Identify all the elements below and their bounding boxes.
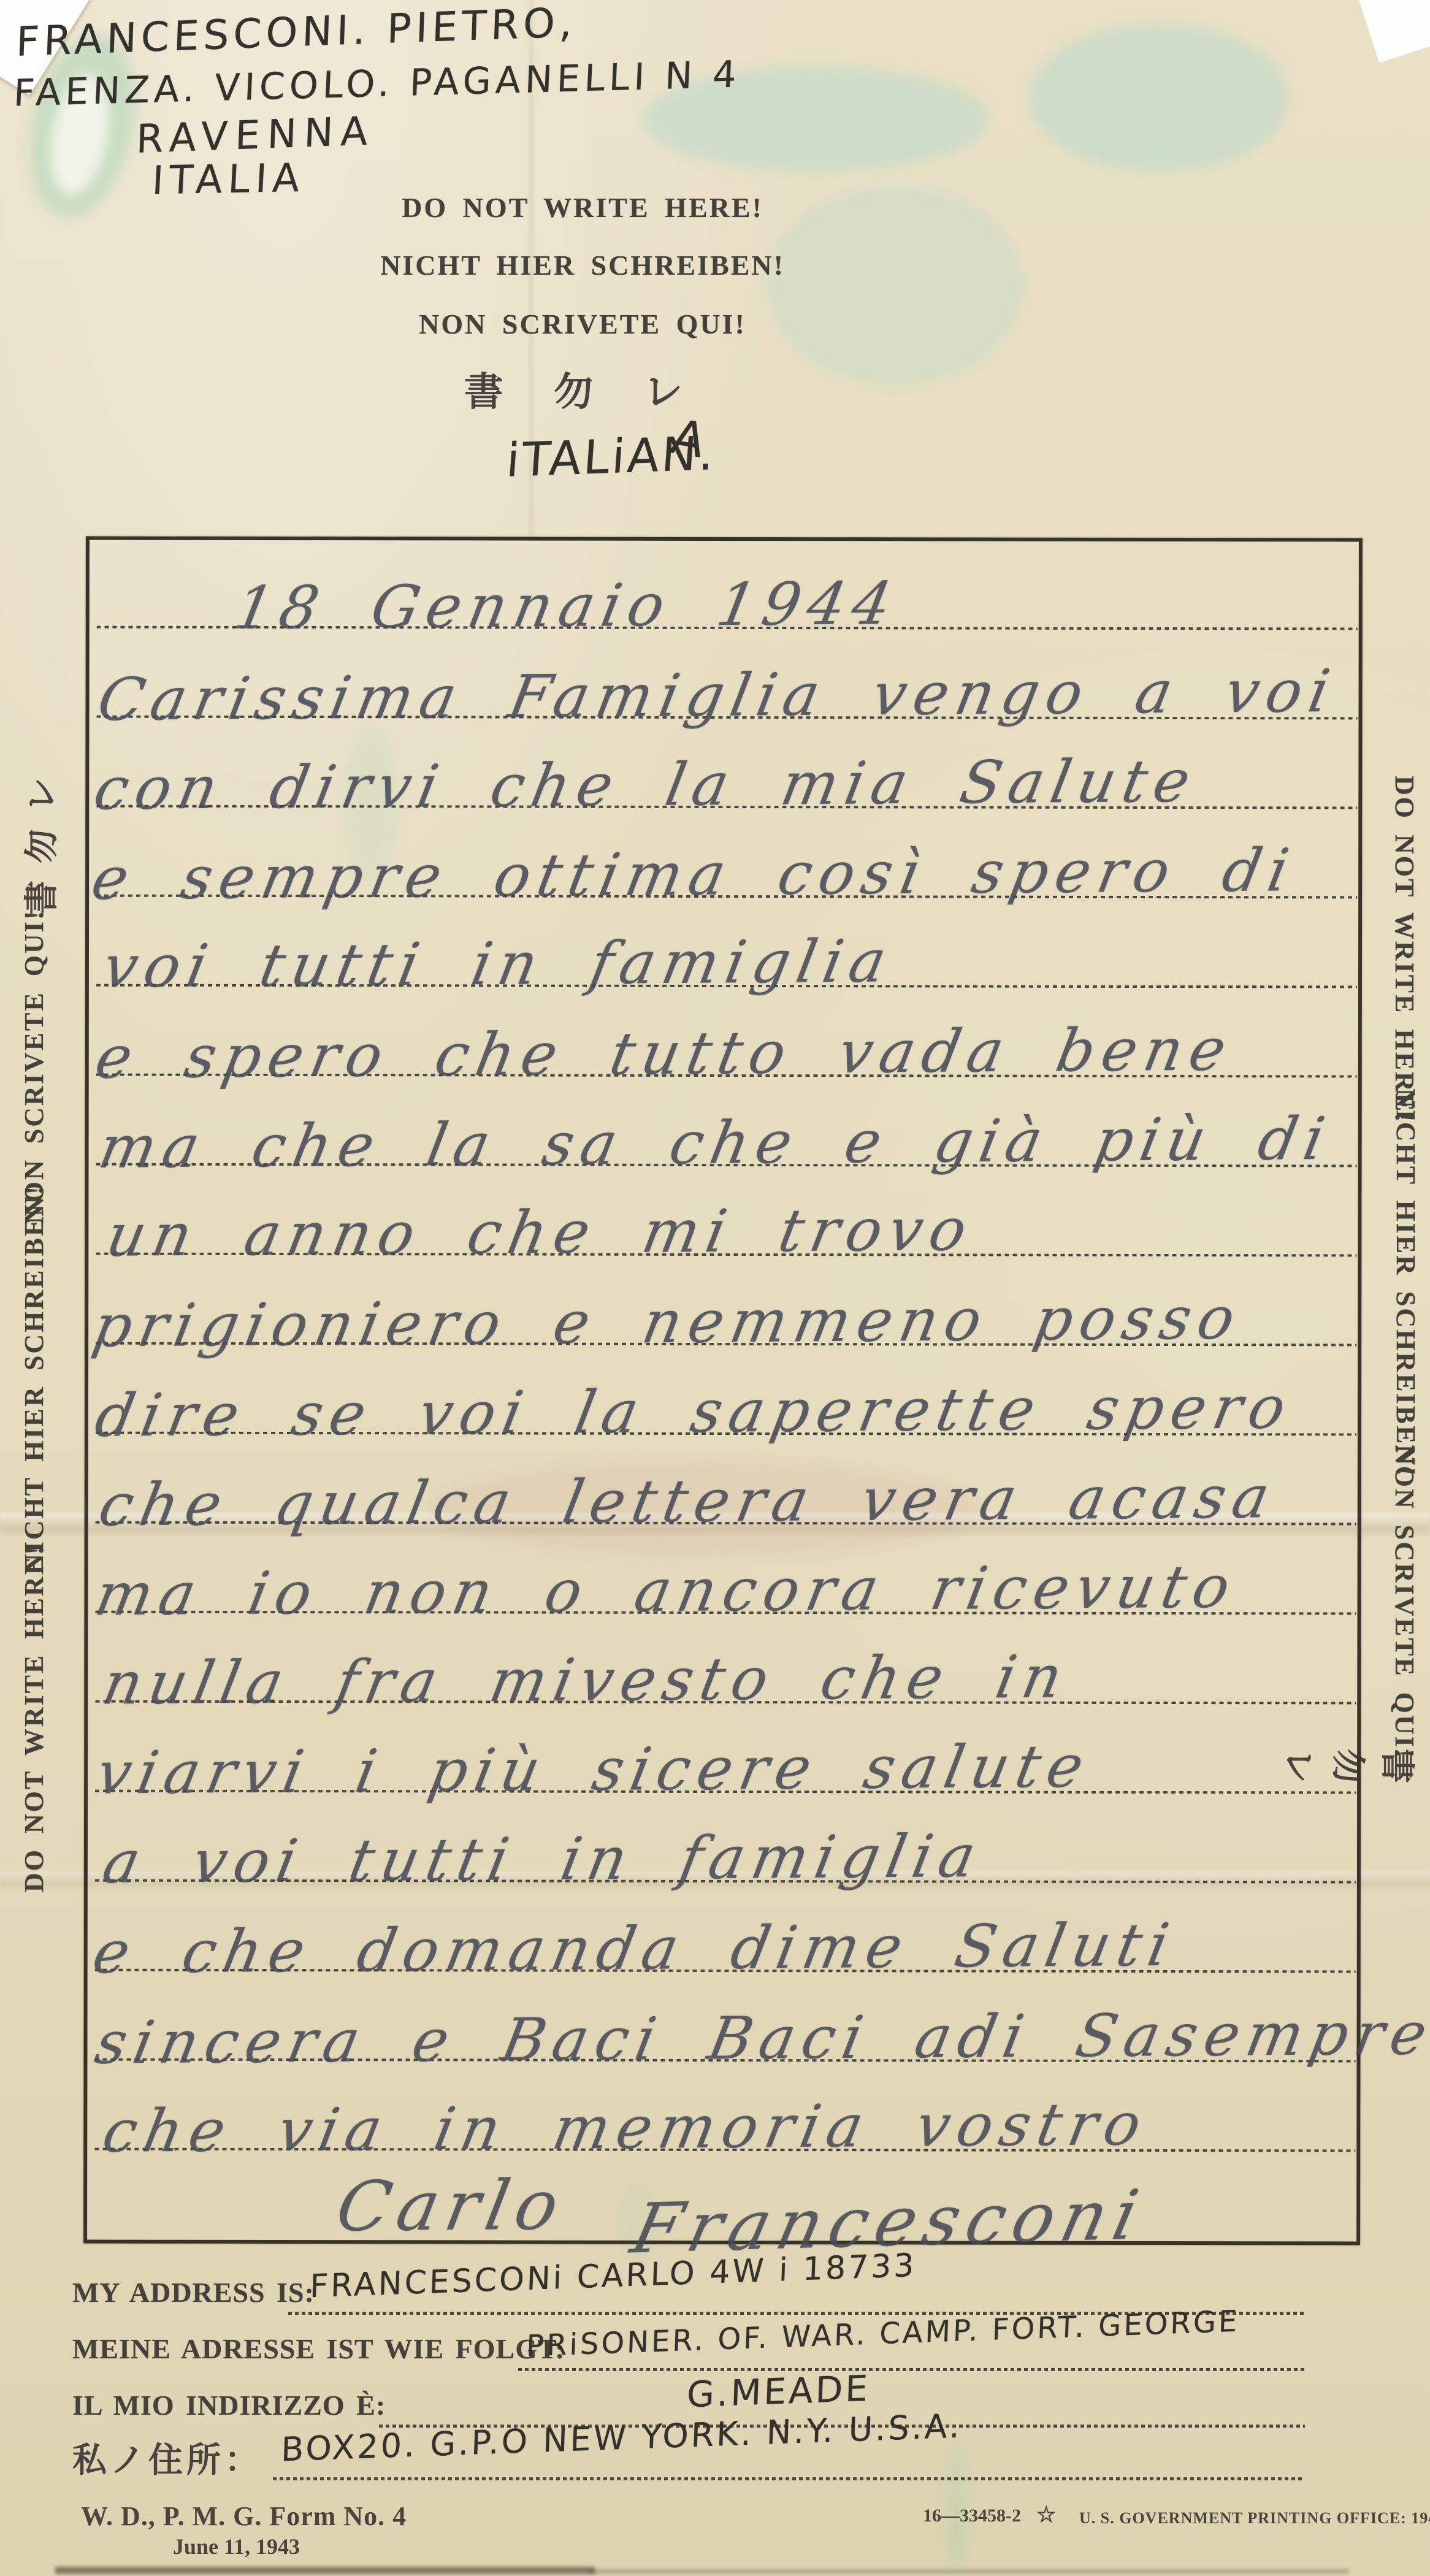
signature-first-name: Carlo [332, 2147, 576, 2242]
letter-line: un anno che mi trovo [102, 1166, 985, 1265]
margin-left-warning-ja: 書勿レ [15, 760, 64, 915]
printing-office-note: U. S. GOVERNMENT PRINTING OFFICE: 1943 [1079, 2509, 1430, 2528]
scan-shadow-bottom-2 [589, 2569, 1349, 2574]
letter-line: viarvi i più sicere salute [93, 1702, 1102, 1802]
margin-right-warning-en: DO NOT WRITE HERE! [1389, 776, 1420, 1124]
address-label-it: IL MIO INDIRIZZO È: [72, 2389, 386, 2421]
letter-line: dire se voi la saperette spero [91, 1343, 1304, 1445]
header-warning-ja: 書 勿 レ [331, 361, 834, 417]
address-label-en: MY ADDRESS IS: [72, 2276, 315, 2309]
address-line-de [518, 2368, 1305, 2371]
sender-country: ITALIA [151, 156, 306, 204]
margin-left-warning-it: NON SCRIVETE QUI! [18, 909, 50, 1224]
sender-city: RAVENNA [136, 109, 376, 162]
margin-right-warning-de: NICHT HIER SCHREIBEN! [1390, 1088, 1421, 1478]
margin-right-warning-it: NON SCRIVETE QUI! [1389, 1445, 1420, 1760]
stain-top-2 [1030, 25, 1288, 172]
letter-date: 18 Gennaio 1944 [230, 540, 909, 638]
form-number: W. D., P. M. G. Form No. 4 [81, 2501, 407, 2532]
address-label-ja: 私ノ住所： [72, 2433, 262, 2482]
letter-line: che qualca lettera vera acasa [94, 1433, 1287, 1534]
letter-line: sincera e Baci Baci adi Sasempre [91, 1970, 1430, 2072]
margin-left-warning-en: DO NOT WRITE HERE! [18, 1544, 50, 1892]
letter-line: Carissima Famiglia vengo a voi [93, 627, 1347, 729]
torn-edge-top-right [1351, 0, 1430, 63]
form-date: June 11, 1943 [173, 2534, 300, 2559]
star-icon: ☆ [1036, 2502, 1056, 2528]
address-label-de: MEINE ADRESSE IST WIE FOLGT: [72, 2333, 565, 2365]
letter-line: che via in memoria vostro [99, 2060, 1160, 2161]
letter-line: e che domanda dime Saluti [89, 1881, 1187, 1982]
margin-left-warning-de: NICHT HIER SCHREIBEN! [18, 1184, 50, 1573]
letter-line: ma che la sa che e già più di [94, 1075, 1342, 1177]
letter-line: e spero che tutto vada bene [91, 986, 1244, 1087]
header-warning-de: NICHT HIER SCHREIBEN! [331, 249, 834, 281]
letter-line: prigioniero e nemmeno posso [89, 1254, 1253, 1355]
scan-shadow-bottom [55, 2567, 595, 2574]
address-value-it: G.MEADE [686, 2368, 871, 2416]
header-warning-it: NON SCRIVETE QUI! [331, 308, 834, 340]
letter-line: voi tutti in famiglia [99, 898, 904, 996]
letter-line: nulla fra mivesto che in [99, 1613, 1080, 1713]
header-warning-en: DO NOT WRITE HERE! [331, 191, 834, 224]
pow-letter-sheet: FRANCESCONI. PIETRO, FAENZA. VICOLO. PAG… [0, 0, 1430, 2576]
letter-line: con dirvi che la mia Salute [90, 717, 1209, 819]
letter-line: a voi tutti in famiglia [99, 1792, 994, 1892]
address-value-en: FRANCESCONi CARLO 4W i 18733 [309, 2247, 917, 2306]
address-line-ja-row [273, 2477, 1305, 2480]
sender-name: FRANCESCONI. PIETRO, [15, 0, 577, 66]
letter-line: ma io non o ancora ricevuto [91, 1523, 1248, 1624]
letter-line: e sempre ottima così spero di [87, 806, 1307, 908]
print-code: 16—33458-2 [923, 2505, 1021, 2526]
